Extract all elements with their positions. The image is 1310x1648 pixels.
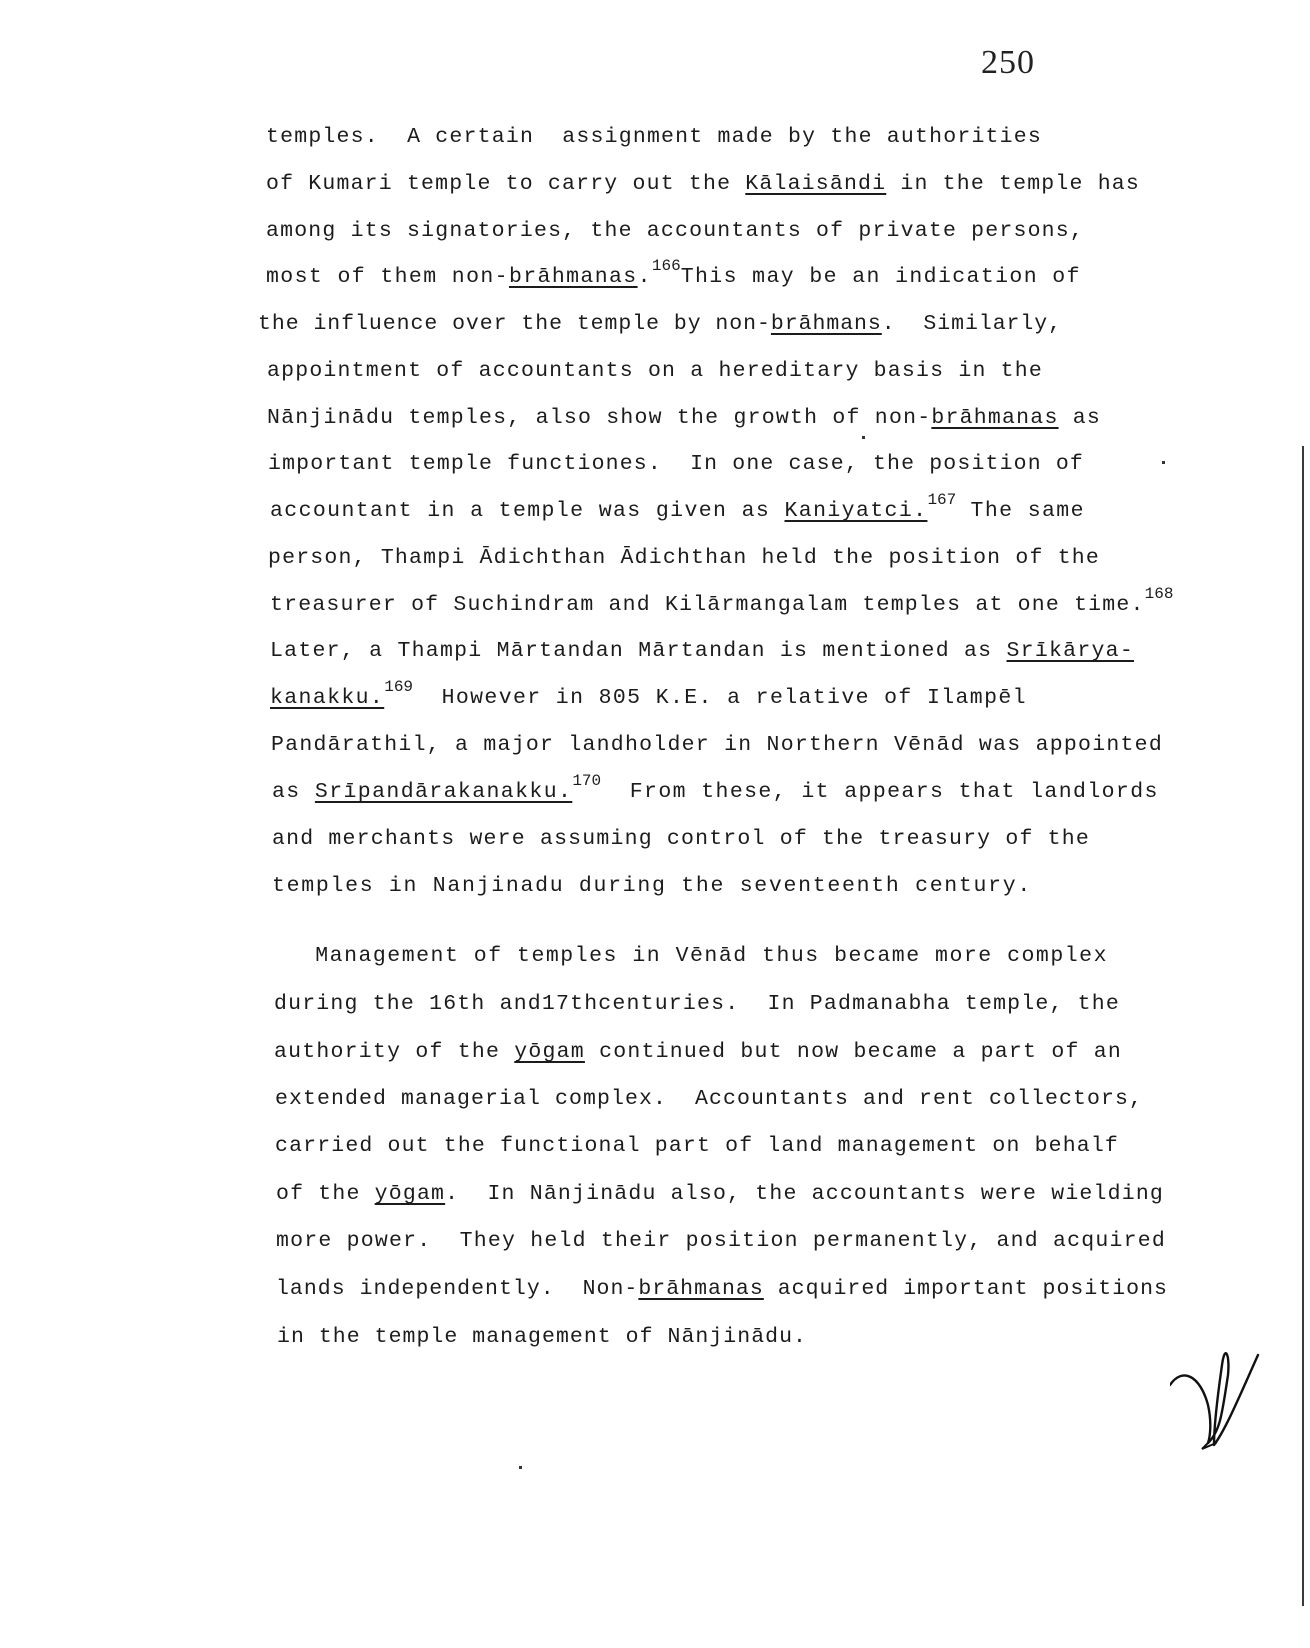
- line-text: and merchants were assuming control of t…: [272, 827, 1090, 851]
- line-text: Nānjinādu temples, also show the growth …: [267, 406, 931, 430]
- line-text: . Similarly,: [882, 312, 1062, 336]
- line-text: the influence over the temple by non-: [258, 312, 771, 336]
- underlined-term: Srīkārya-: [1007, 639, 1134, 663]
- page-number: 250: [981, 44, 1035, 82]
- footnote-ref: 166: [652, 257, 681, 275]
- text-line: carried out the functional part of land …: [275, 1133, 1119, 1159]
- text-line: accountant in a temple was given as Kani…: [270, 498, 1085, 525]
- scan-speck: [1162, 461, 1165, 464]
- text-line: lands independently. Non-brāhmanas acqui…: [276, 1276, 1168, 1302]
- text-line: Nānjinādu temples, also show the growth …: [267, 405, 1101, 431]
- line-text: temples. A certain assignment made by th…: [266, 125, 1042, 149]
- text-line: authority of the yōgam continued but now…: [274, 1039, 1122, 1065]
- line-text: carried out the functional part of land …: [275, 1134, 1119, 1158]
- line-text: person, Thampi Ādichthan Ādichthan held …: [268, 546, 1100, 570]
- signature-icon: [1170, 1345, 1270, 1455]
- text-line: treasurer of Suchindram and Kilārmangala…: [270, 592, 1173, 619]
- line-text: as: [1059, 406, 1101, 430]
- text-line: more power. They held their position per…: [276, 1228, 1166, 1254]
- line-text: important temple functiones. In one case…: [268, 452, 1084, 476]
- line-text: However in 805 K.E. a relative of Ilampē…: [413, 686, 1027, 710]
- underlined-term: yōgam: [514, 1040, 585, 1064]
- line-text: . In Nānjinādu also, the accountants wer…: [445, 1182, 1164, 1206]
- line-text: From these, it appears that landlords: [601, 780, 1159, 804]
- line-text: in the temple management of Nānjinādu.: [277, 1325, 807, 1349]
- underlined-term: Kālaisāndi: [745, 172, 886, 196]
- footnote-ref: 167: [927, 491, 956, 509]
- scan-speck: [862, 436, 865, 439]
- underlined-term: Srīpandārakanakku.: [315, 780, 572, 804]
- underlined-term: brāhmans: [771, 312, 882, 336]
- footnote-ref: 168: [1145, 585, 1174, 603]
- line-text: as: [272, 780, 315, 804]
- line-text: among its signatories, the accountants o…: [266, 219, 1084, 243]
- footnote-ref: 169: [384, 678, 413, 696]
- text-line: among its signatories, the accountants o…: [266, 218, 1084, 244]
- underlined-term: brāhmanas: [638, 1277, 763, 1301]
- line-text: extended managerial complex. Accountants…: [275, 1087, 1143, 1111]
- line-text: of Kumari temple to carry out the: [266, 172, 745, 196]
- line-text: lands independently. Non-: [276, 1277, 638, 1301]
- line-text: Pandārathil, a major landholder in North…: [271, 733, 1163, 757]
- underlined-term: Kaniyatci.: [785, 499, 928, 523]
- line-text: of the: [276, 1182, 375, 1206]
- text-line: person, Thampi Ādichthan Ādichthan held …: [268, 545, 1100, 571]
- line-text: .: [638, 265, 652, 289]
- line-text: The same: [956, 499, 1085, 523]
- text-line: Management of temples in Vēnād thus beca…: [272, 943, 1108, 969]
- line-text: Later, a Thampi Mārtandan Mārtandan is m…: [270, 639, 1007, 663]
- underlined-term: kanakku.: [270, 686, 384, 710]
- line-text: This may be an indication of: [681, 265, 1081, 289]
- line-text: accountant in a temple was given as: [270, 499, 785, 523]
- underlined-term: brāhmanas: [931, 406, 1058, 430]
- text-line: temples. A certain assignment made by th…: [266, 124, 1042, 150]
- line-text: more power. They held their position per…: [276, 1229, 1166, 1253]
- line-text: temples in Nanjinadu during the seventee…: [272, 874, 1032, 898]
- text-line: most of them non-brāhmanas.166This may b…: [266, 264, 1081, 291]
- text-line: and merchants were assuming control of t…: [272, 826, 1090, 852]
- text-line: in the temple management of Nānjinādu.: [277, 1324, 807, 1350]
- text-line: of Kumari temple to carry out the Kālais…: [266, 171, 1140, 197]
- text-line: the influence over the temple by non-brā…: [258, 311, 1062, 337]
- line-text: authority of the: [274, 1040, 514, 1064]
- line-text: in the temple has: [886, 172, 1140, 196]
- line-text: continued but now became a part of an: [585, 1040, 1122, 1064]
- text-line: temples in Nanjinadu during the seventee…: [272, 873, 1032, 899]
- text-line: extended managerial complex. Accountants…: [275, 1086, 1143, 1112]
- line-text: acquired important positions: [764, 1277, 1168, 1301]
- line-text: during the 16th and17thcenturies. In Pad…: [274, 992, 1120, 1016]
- underlined-term: yōgam: [375, 1182, 445, 1206]
- line-text: Management of temples in Vēnād thus beca…: [272, 944, 1108, 968]
- text-line: appointment of accountants on a heredita…: [267, 358, 1043, 384]
- text-line: of the yōgam. In Nānjinādu also, the acc…: [276, 1181, 1164, 1207]
- text-line: as Srīpandārakanakku.170 From these, it …: [272, 779, 1159, 806]
- line-text: appointment of accountants on a heredita…: [267, 359, 1043, 383]
- text-line: kanakku.169 However in 805 K.E. a relati…: [270, 685, 1027, 712]
- underlined-term: brāhmanas: [509, 265, 638, 289]
- text-line: Pandārathil, a major landholder in North…: [271, 732, 1163, 758]
- footnote-ref: 170: [572, 772, 601, 790]
- scan-margin-line: [1302, 446, 1304, 1606]
- text-line: Later, a Thampi Mārtandan Mārtandan is m…: [270, 638, 1134, 664]
- line-text: treasurer of Suchindram and Kilārmangala…: [270, 593, 1145, 617]
- scan-speck: [519, 1466, 522, 1469]
- text-line: during the 16th and17thcenturies. In Pad…: [274, 991, 1120, 1017]
- line-text: most of them non-: [266, 265, 509, 289]
- text-line: important temple functiones. In one case…: [268, 451, 1084, 477]
